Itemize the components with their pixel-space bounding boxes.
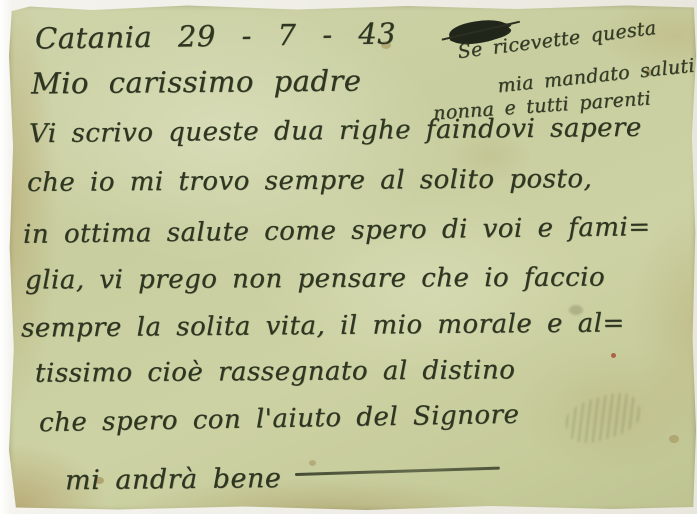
ink-smudge [560, 386, 645, 449]
paper-stain [611, 353, 616, 358]
postcard-paper: Catania 29 - 7 - 43 Se ricevette questa … [9, 5, 696, 511]
handwritten-line: che spero con l'aiuto del Signore [39, 400, 520, 438]
handwritten-line: sempre la solita vita, il mio morale e a… [21, 308, 625, 343]
paper-stain [669, 435, 679, 443]
trailing-dash [295, 467, 500, 476]
closing-text: mi andrà bene [65, 463, 282, 496]
handwritten-line: che io mi trovo sempre al solito posto, [27, 164, 592, 198]
salutation: Mio carissimo padre [31, 64, 362, 101]
handwritten-line: tissimo cioè rassegnato al distino [35, 355, 516, 388]
handwritten-line: Vi scrivo queste dua righe faindovi sape… [29, 113, 642, 149]
closing-line: mi andrà bene [65, 461, 501, 497]
handwritten-line: glia, vi prego non pensare che io faccio [25, 262, 605, 295]
dateline: Catania 29 - 7 - 43 [35, 16, 397, 55]
handwritten-line: in ottima salute come spero di voi e fam… [23, 212, 651, 250]
